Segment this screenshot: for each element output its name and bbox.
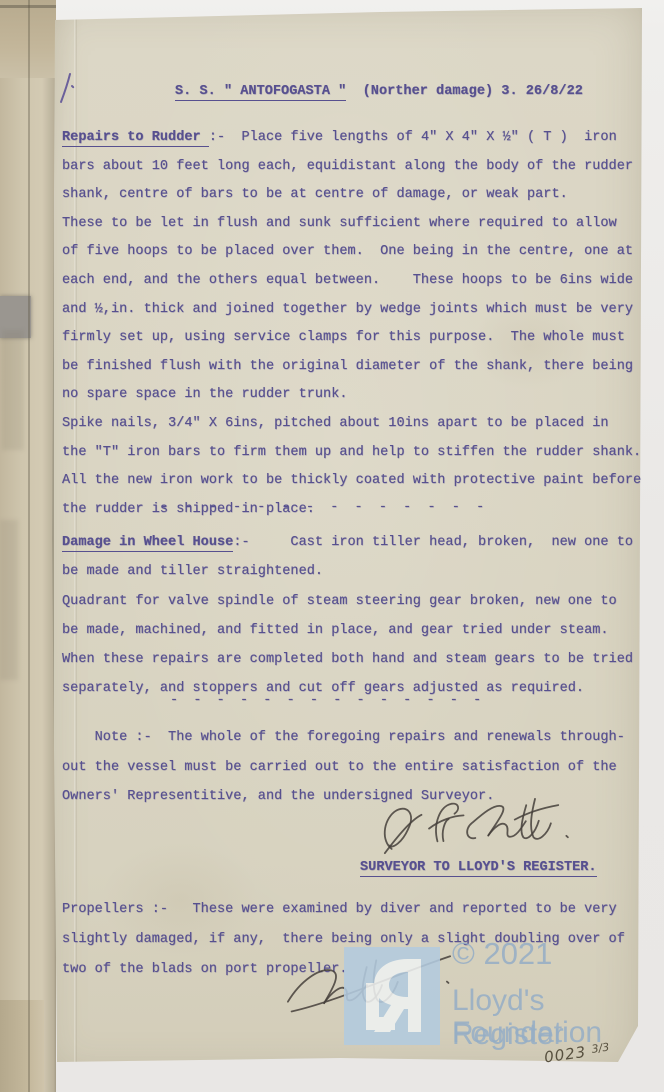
vessel-name: S. S. " ANTOFOGASTA " — [175, 84, 346, 101]
rudder-repairs-section: Repairs to Rudder :- Place five lengths … — [62, 124, 641, 524]
dashed-separator: - - - - - - - - - - - - - - — [160, 500, 484, 515]
text-line: firmly set up, using service clamps for … — [62, 324, 641, 353]
wheelhouse-heading: Damage in Wheel House — [62, 535, 233, 552]
text-line: Quadrant for valve spindle of steam stee… — [62, 587, 633, 616]
watermark-copyright: © 2021 — [452, 936, 552, 972]
underlying-page-crease — [28, 0, 30, 1092]
scanned-document-view: S. S. " ANTOFOGASTA " (Norther damage) 3… — [0, 0, 664, 1092]
dashed-separator: - - - - - - - - - - - - - - — [170, 693, 481, 708]
document-title: S. S. " ANTOFOGASTA " (Norther damage) 3… — [175, 84, 583, 99]
title-date: (Norther damage) 3. 26/8/22 — [346, 84, 583, 99]
text-line: the "T" iron bars to firm them up and he… — [62, 439, 641, 468]
rudder-heading: Repairs to Rudder — [62, 130, 209, 147]
section-heading-line: Repairs to Rudder :- Place five lengths … — [62, 124, 641, 153]
text-line: be finished flush with the original diam… — [62, 353, 641, 382]
text-line: When these repairs are completed both ha… — [62, 645, 633, 674]
text-line: Spike nails, 3/4" X 6ins, pitched about … — [62, 410, 641, 439]
wheelhouse-damage-section: Damage in Wheel House:- Cast iron tiller… — [62, 528, 633, 704]
text-line: These to be let in flush and sunk suffic… — [62, 210, 641, 239]
pen-check-mark — [56, 70, 78, 106]
text-line: out the vessel must be carried out to th… — [62, 753, 625, 783]
text-line: Propellers :- These were examined by div… — [62, 895, 625, 925]
text-line: be made, machined, and fitted in place, … — [62, 616, 633, 645]
text-line: each end, and the others equal between. … — [62, 267, 641, 296]
underlying-page-edge — [0, 0, 56, 1092]
underlying-page-bottom — [0, 1000, 44, 1092]
underlying-page-smudge — [2, 330, 24, 450]
text-line: shank, centre of bars to be at centre of… — [62, 181, 641, 210]
text-line: bars about 10 feet long each, equidistan… — [62, 153, 641, 182]
surveyor-signature — [374, 789, 576, 868]
text-line: of five hoops to be placed over them. On… — [62, 238, 641, 267]
text-line: and ½,in. thick and joined together by w… — [62, 296, 641, 325]
text-line: be made and tiller straightened. — [62, 557, 633, 586]
text-line: Note :- The whole of the foregoing repai… — [62, 723, 625, 753]
underlying-page-smudge — [0, 520, 18, 680]
text-line: no spare space in the rudder trunk. — [62, 381, 641, 410]
section-heading-line: Damage in Wheel House:- Cast iron tiller… — [62, 528, 633, 557]
lloyds-register-logo — [344, 947, 440, 1045]
text-line: All the new iron work to be thickly coat… — [62, 467, 641, 496]
